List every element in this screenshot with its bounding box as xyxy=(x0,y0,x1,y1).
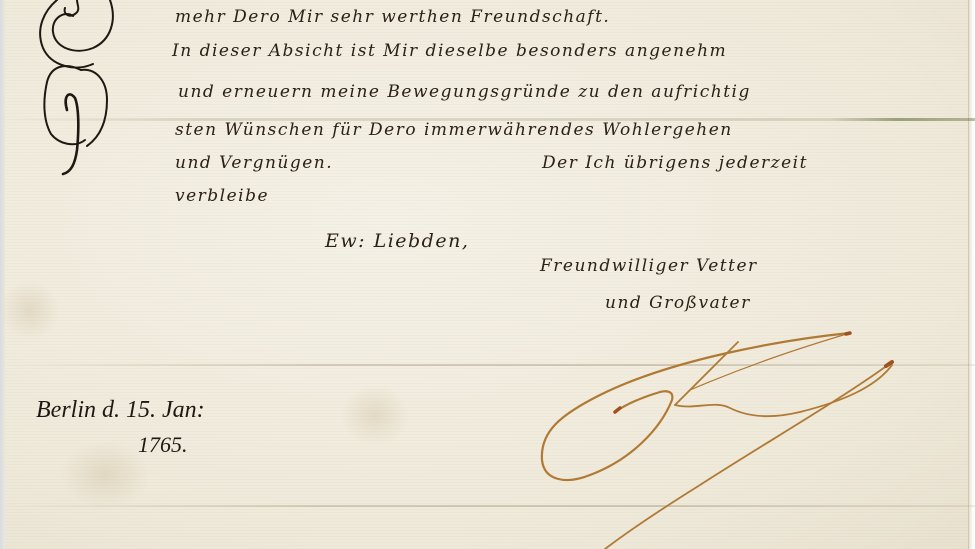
initial-flourish-icon xyxy=(15,0,135,180)
paper-stain xyxy=(0,280,60,340)
paper-left-edge xyxy=(0,0,5,549)
closing-line: Freundwilliger Vetter xyxy=(540,258,758,275)
closing-line: und Großvater xyxy=(605,295,751,312)
place-date-year: 1765. xyxy=(138,432,188,458)
place-date-line: Berlin d. 15. Jan: xyxy=(36,397,205,424)
signature-icon xyxy=(520,320,940,549)
paper-right-edge xyxy=(968,0,975,549)
letter-body-line: verbleibe xyxy=(175,188,269,205)
salutation: Ew: Liebden, xyxy=(325,232,469,251)
paper-stain xyxy=(340,385,410,445)
letter-body-line: Der Ich übrigens jederzeit xyxy=(542,155,808,172)
letter-body-line: und erneuern meine Bewegungsgründe zu de… xyxy=(178,84,751,101)
letter-body-line: mehr Dero Mir sehr werthen Freundschaft. xyxy=(175,9,610,26)
letter-body-line: und Vergnügen. xyxy=(175,155,333,172)
letter-page: mehr Dero Mir sehr werthen Freundschaft.… xyxy=(0,0,975,549)
letter-body-line: sten Wünschen für Dero immerwährendes Wo… xyxy=(175,122,733,139)
paper-stain xyxy=(60,440,150,510)
letter-body-line: In dieser Absicht ist Mir dieselbe beson… xyxy=(172,43,727,60)
